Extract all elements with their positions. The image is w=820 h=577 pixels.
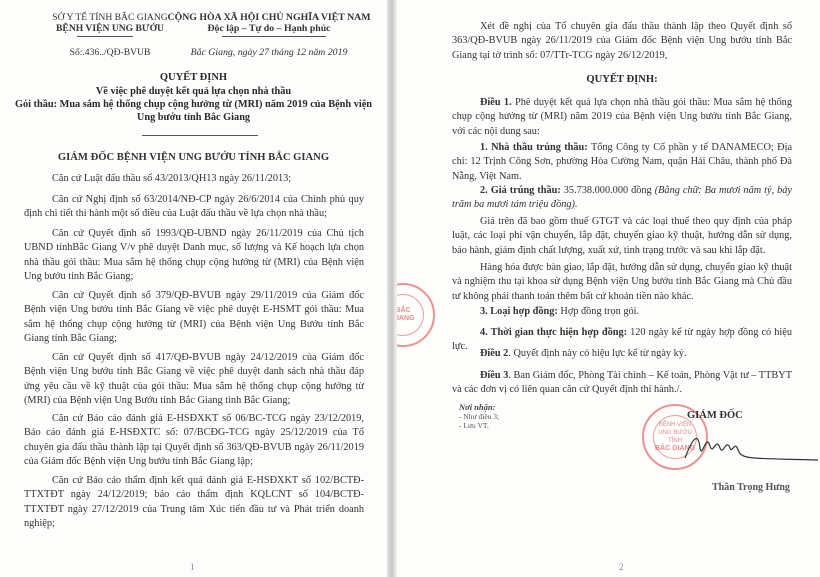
issuing-hospital: BỆNH VIỆN UNG BƯỚU — [40, 23, 180, 35]
proposal-intro: Xét đề nghị của Tổ chuyên gia đấu thầu t… — [452, 20, 792, 63]
authority-heading: GIÁM ĐỐC BỆNH VIỆN UNG BƯỚU TỈNH BẮC GIA… — [0, 152, 387, 163]
subject-line-1: Về việc phê duyệt kết quả lựa chọn nhà t… — [0, 85, 387, 98]
document-title: QUYẾT ĐỊNH — [0, 71, 387, 84]
article-1: Điều 1. Phê duyệt kết quả lựa chọn nhà t… — [452, 96, 792, 139]
contract-type: 3. Loại hợp đồng: Hợp đồng trọn gói. — [452, 305, 792, 319]
legal-basis-2: Căn cứ Nghị định số 63/2014/NĐ-CP ngày 2… — [24, 193, 364, 222]
subject-line-2: Gói thầu: Mua sắm hệ thống chụp cộng hưở… — [0, 98, 387, 111]
recipient-item-2: - Lưu VT. — [459, 421, 489, 430]
page-number-2: 2 — [619, 562, 624, 572]
recipients-title: Nơi nhận: — [459, 402, 495, 412]
winning-price: 2. Giá trúng thầu: 35.738.000.000 đồng (… — [452, 184, 792, 213]
national-title: CỘNG HÒA XÃ HỘI CHỦ NGHĨA VIỆT NAM — [165, 12, 373, 24]
issuing-department: SỞ Y TẾ TỈNH BẮC GIANG — [40, 12, 180, 24]
place-date: Bắc Giang, ngày 27 tháng 12 năm 2019 — [165, 47, 373, 59]
partial-seal-stamp: BẮC GIANG — [397, 283, 435, 347]
document-page-1: SỞ Y TẾ TỈNH BẮC GIANG BỆNH VIỆN UNG BƯỚ… — [0, 0, 387, 577]
decision-title: QUYẾT ĐỊNH: — [452, 74, 792, 85]
page-number-1: 1 — [190, 562, 195, 572]
legal-basis-4: Căn cứ Quyết định số 379/QĐ-BVUB ngày 29… — [24, 289, 364, 346]
recipient-item-1: - Như điều 3; — [459, 412, 499, 421]
document-number: Số:.436../QĐ-BVUB — [40, 47, 180, 59]
price-note-1: Giá trên đã bao gồm thuế GTGT và các loạ… — [452, 215, 792, 258]
legal-basis-1: Căn cứ Luật đấu thầu số 43/2013/QH13 ngà… — [24, 172, 364, 186]
header-right-underline — [222, 36, 326, 37]
legal-basis-5: Căn cứ Quyết định số 417/QĐ-BVUB ngày 24… — [24, 351, 364, 408]
subject-line-3: Ung bướu tỉnh Bắc Giang — [0, 111, 387, 124]
national-motto: Độc lập – Tự do – Hạnh phúc — [165, 23, 373, 35]
header-left-underline — [77, 36, 133, 37]
article-3: Điều 3. Ban Giám đốc, Phòng Tài chính – … — [452, 369, 792, 398]
price-note-2: Hàng hóa được bàn giao, lắp đặt, hướng d… — [452, 261, 792, 304]
document-page-2: Xét đề nghị của Tổ chuyên gia đấu thầu t… — [397, 0, 820, 577]
page-gutter — [387, 0, 397, 577]
signer-name: Thân Trọng Hưng — [712, 482, 790, 493]
article-2: Điều 2. Quyết định này có hiệu lực kể từ… — [452, 347, 792, 361]
subject-underline — [142, 135, 258, 136]
legal-basis-3: Căn cứ Quyết định số 1993/QĐ-UBND ngày 2… — [24, 227, 364, 284]
legal-basis-7: Căn cứ Báo cáo thẩm định kết quả đánh gi… — [24, 474, 364, 531]
signature-icon — [680, 420, 820, 470]
winning-contractor: 1. Nhà thầu trúng thầu: Tổng Công ty Cổ … — [452, 141, 792, 184]
legal-basis-6: Căn cứ Báo cáo đánh giá E-HSĐXKT số 06/B… — [24, 412, 364, 469]
